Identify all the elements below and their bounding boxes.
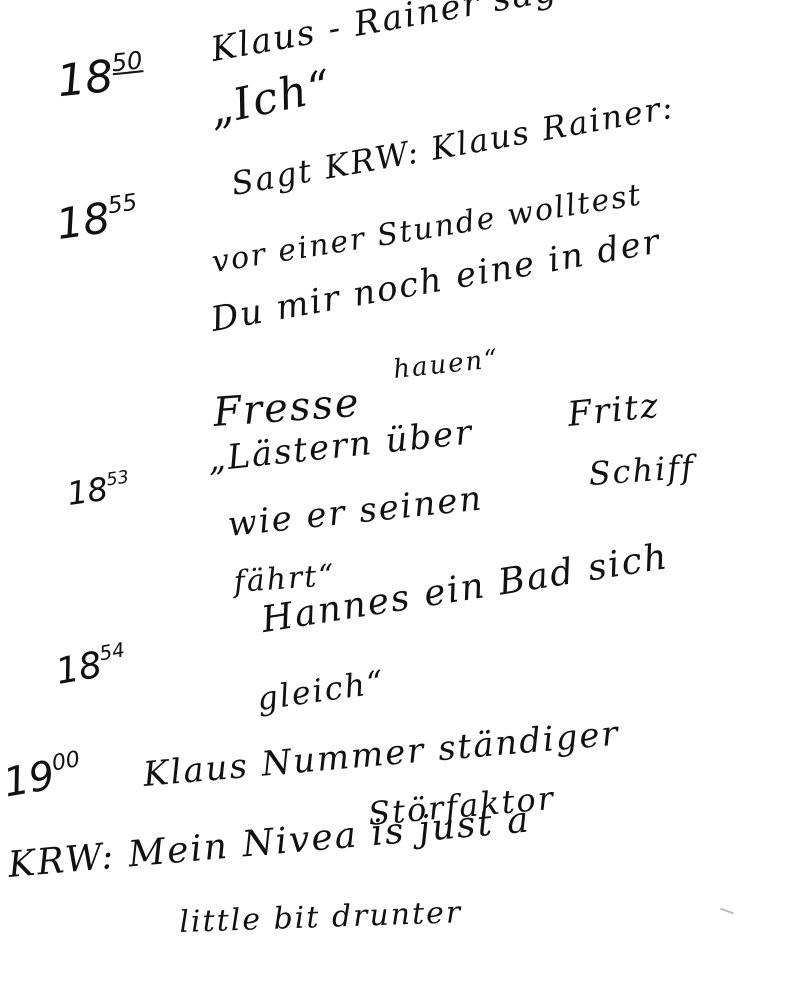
timestamp-1855: 1855: [53, 189, 142, 249]
timestamp-1853: 1853: [65, 467, 133, 513]
note-line-9: Schiff: [587, 448, 696, 493]
note-line-10: wie er seinen: [226, 478, 485, 545]
note-line-5: hauen“: [392, 344, 501, 385]
stray-mark: [720, 908, 734, 915]
note-line-17: little bit drunter: [179, 895, 463, 940]
handwritten-note-page: 1850 Klaus - Rainer sagt: „Ich“ 1855 Sag…: [0, 0, 800, 1005]
note-line-7: Fritz: [566, 386, 662, 435]
timestamp-1850: 1850: [55, 46, 147, 107]
note-quote-ich: „Ich“: [204, 60, 338, 136]
timestamp-1900: 1900: [0, 747, 86, 807]
timestamp-1854: 1854: [53, 638, 130, 693]
note-line-13: gleich“: [255, 662, 388, 718]
note-line-16: KRW: Mein Nivea is just a: [6, 799, 532, 886]
note-line-1: Klaus - Rainer sagt:: [208, 0, 589, 70]
